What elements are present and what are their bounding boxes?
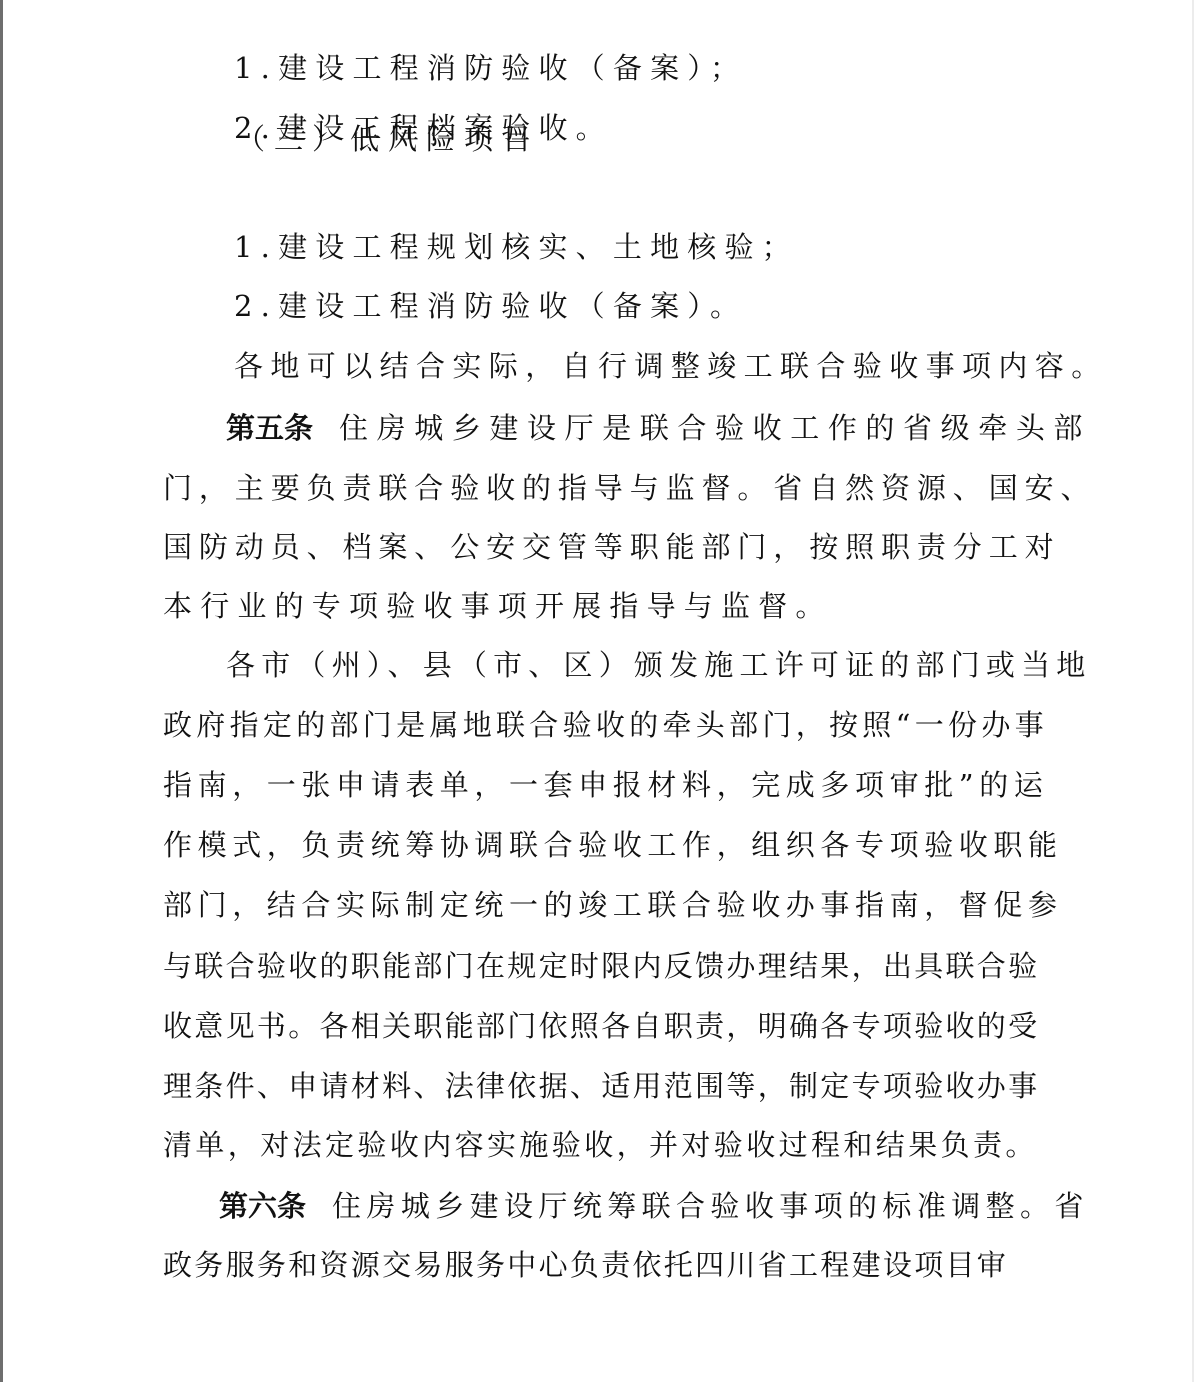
article-6-line-2: 政务服务和资源交易服务中心负责依托四川省工程建设项目审 [163, 1245, 1043, 1285]
article-5-line-2: 门，主要负责联合验收的指导与监督。省自然资源、国安、 [163, 468, 1043, 508]
list-item-fire-acceptance-low: 2.建设工程消防验收（备案）。 [234, 286, 1114, 326]
paragraph-local-lead-9: 清单，对法定验收内容实施验收，并对验收过程和结果负责。 [163, 1125, 1043, 1165]
paragraph-local-lead-7: 收意见书。各相关职能部门依照各自职责，明确各专项验收的受 [163, 1006, 1043, 1046]
list-item-planning-land: 1.建设工程规划核实、土地核验； [234, 227, 1114, 267]
article-6-label: 第六条 [219, 1189, 306, 1223]
article-5-line-1: 第五条住房城乡建设厅是联合验收工作的省级牵头部 [226, 408, 1043, 448]
paragraph-local-lead-4: 作模式，负责统筹协调联合验收工作，组织各专项验收职能 [163, 825, 1043, 865]
paragraph-local-lead-2: 政府指定的部门是属地联合验收的牵头部门，按照“一份办事 [163, 705, 1043, 745]
article-5-label: 第五条 [226, 411, 313, 445]
paragraph-local-lead-8: 理条件、申请材料、法律依据、适用范围等，制定专项验收办事 [163, 1066, 1043, 1106]
paragraph-local-lead-3: 指南，一张申请表单，一套申报材料，完成多项审批”的运 [163, 765, 1043, 805]
article-6-line-1: 第六条住房城乡建设厅统筹联合验收事项的标准调整。省 [219, 1186, 1043, 1226]
list-item-fire-acceptance: 1.建设工程消防验收（备案）； [234, 48, 1114, 88]
paragraph-local-lead-1: 各市（州）、县（市、区）颁发施工许可证的部门或当地 [226, 645, 1106, 685]
document-page: 1.建设工程消防验收（备案）； 2.建设工程档案验收。 （三）低风险项目 1.建… [0, 0, 1194, 1382]
section-heading-low-risk: （三）低风险项目 [236, 0, 1116, 40]
paragraph-local-lead-5: 部门，结合实际制定统一的竣工联合验收办事指南，督促参 [163, 885, 1043, 925]
paragraph-local-adjust: 各地可以结合实际，自行调整竣工联合验收事项内容。 [234, 346, 1114, 386]
paragraph-local-lead-6: 与联合验收的职能部门在规定时限内反馈办理结果，出具联合验 [163, 946, 1043, 986]
article-5-line-4: 本行业的专项验收事项开展指导与监督。 [163, 586, 1043, 626]
article-5-line-3: 国防动员、档案、公安交管等职能部门，按照职责分工对 [163, 527, 1043, 567]
